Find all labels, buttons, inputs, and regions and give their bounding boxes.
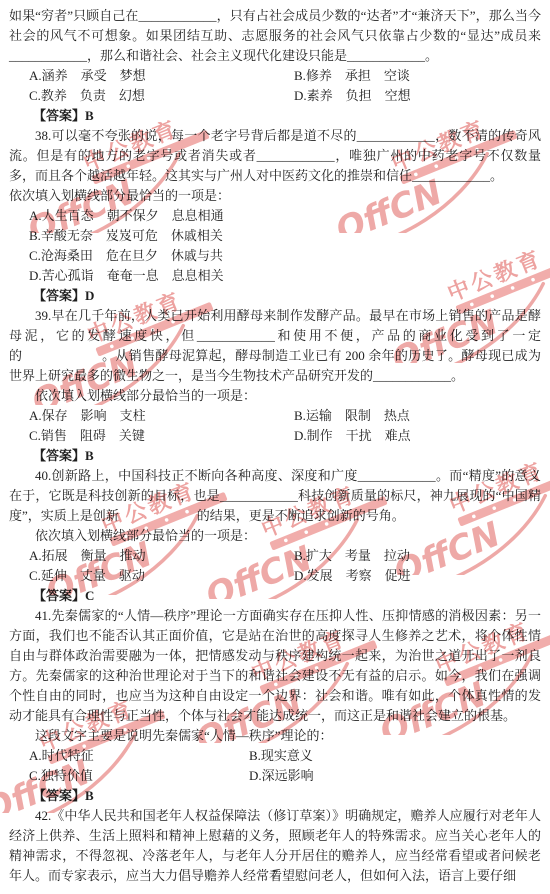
option-d: D.苦心孤诣 奄奄一息 息息相关: [9, 266, 541, 286]
options-row: A.时代特征 B.现实意义: [9, 746, 541, 766]
question-40-stem: 40.创新路上，中国科技正不断向各种高度、深度和广度____________。而…: [9, 466, 541, 526]
answer-line: 【答案】C: [9, 586, 541, 606]
option-d: D.深远影响: [249, 766, 314, 786]
answer-value: B: [85, 788, 94, 803]
answer-label: 【答案】: [33, 108, 85, 123]
page-number: 7: [0, 867, 550, 882]
option-a: A.时代特征: [29, 746, 249, 766]
option-b: B.修养 承担 空谈: [294, 66, 410, 86]
option-c: C.教养 负责 幻想: [29, 86, 294, 106]
answer-label: 【答案】: [33, 588, 85, 603]
option-c: C.延伸 丈量 驱动: [29, 566, 294, 586]
answer-label: 【答案】: [33, 788, 85, 803]
options-row: C.延伸 丈量 驱动 D.发展 考察 促进: [9, 566, 541, 586]
option-b: B.运输 限制 热点: [294, 406, 410, 426]
options-row: A.拓展 衡量 推动 B.扩大 考量 拉动: [9, 546, 541, 566]
question-39-stem: 39.早在几千年前，人类已开始利用酵母来制作发酵产品。最早在市场上销售的产品是酵…: [9, 306, 541, 386]
option-c: C.独特价值: [29, 766, 249, 786]
answer-value: D: [85, 288, 94, 303]
answer-label: 【答案】: [33, 288, 85, 303]
options-row: C.独特价值 D.深远影响: [9, 766, 541, 786]
answer-line: 【答案】B: [9, 786, 541, 806]
answer-value: C: [85, 588, 94, 603]
option-d: D.发展 考察 促进: [294, 566, 411, 586]
question-41-stem: 41.先秦儒家的“人情—秩序”理论一方面确实存在压抑人性、压抑情感的消极因素：另…: [9, 606, 541, 726]
question-41-prompt: 这段文字主要是说明先秦儒家“人情—秩序”理论的：: [9, 726, 541, 746]
options-row: C.教养 负责 幻想 D.素养 负担 空想: [9, 86, 541, 106]
question-39-prompt: 依次填入划横线部分最恰当的一项是：: [9, 386, 541, 406]
option-a: A.涵养 承受 梦想: [29, 66, 294, 86]
scanned-exam-page: 如果“穷者”只顾自己在____________，只有占社会成员少数的“达者”才“…: [0, 0, 550, 894]
document-body: 如果“穷者”只顾自己在____________，只有占社会成员少数的“达者”才“…: [0, 0, 550, 886]
options-row: A.涵养 承受 梦想 B.修养 承担 空谈: [9, 66, 541, 86]
option-a: A.保存 影响 支柱: [29, 406, 294, 426]
question-38-prompt: 依次填入划横线部分最恰当的一项是：: [9, 186, 541, 206]
options-row: A.保存 影响 支柱 B.运输 限制 热点: [9, 406, 541, 426]
question-38-stem: 38.可以毫不夸张的说，每一个老字号背后都是道不尽的____________，数…: [9, 126, 541, 186]
answer-line: 【答案】B: [9, 106, 541, 126]
answer-line: 【答案】D: [9, 286, 541, 306]
answer-value: B: [85, 108, 94, 123]
question-40-prompt: 依次填入划横线部分最恰当的一项是：: [9, 526, 541, 546]
option-c: C.销售 阻碍 关键: [29, 426, 294, 446]
option-a: A.人生百态 朝不保夕 息息相通: [9, 206, 541, 226]
option-d: D.素养 负担 空想: [294, 86, 411, 106]
question-37-stem: 如果“穷者”只顾自己在____________，只有占社会成员少数的“达者”才“…: [9, 6, 541, 66]
option-b: B.现实意义: [249, 746, 313, 766]
option-b: B.辛酸无奈 岌岌可危 休戚相关: [9, 226, 541, 246]
option-a: A.拓展 衡量 推动: [29, 546, 294, 566]
options-row: C.销售 阻碍 关键 D.制作 干扰 难点: [9, 426, 541, 446]
answer-value: B: [85, 448, 94, 463]
option-c: C.沧海桑田 危在旦夕 休戚与共: [9, 246, 541, 266]
option-b: B.扩大 考量 拉动: [294, 546, 410, 566]
option-d: D.制作 干扰 难点: [294, 426, 411, 446]
answer-label: 【答案】: [33, 448, 85, 463]
answer-line: 【答案】B: [9, 446, 541, 466]
